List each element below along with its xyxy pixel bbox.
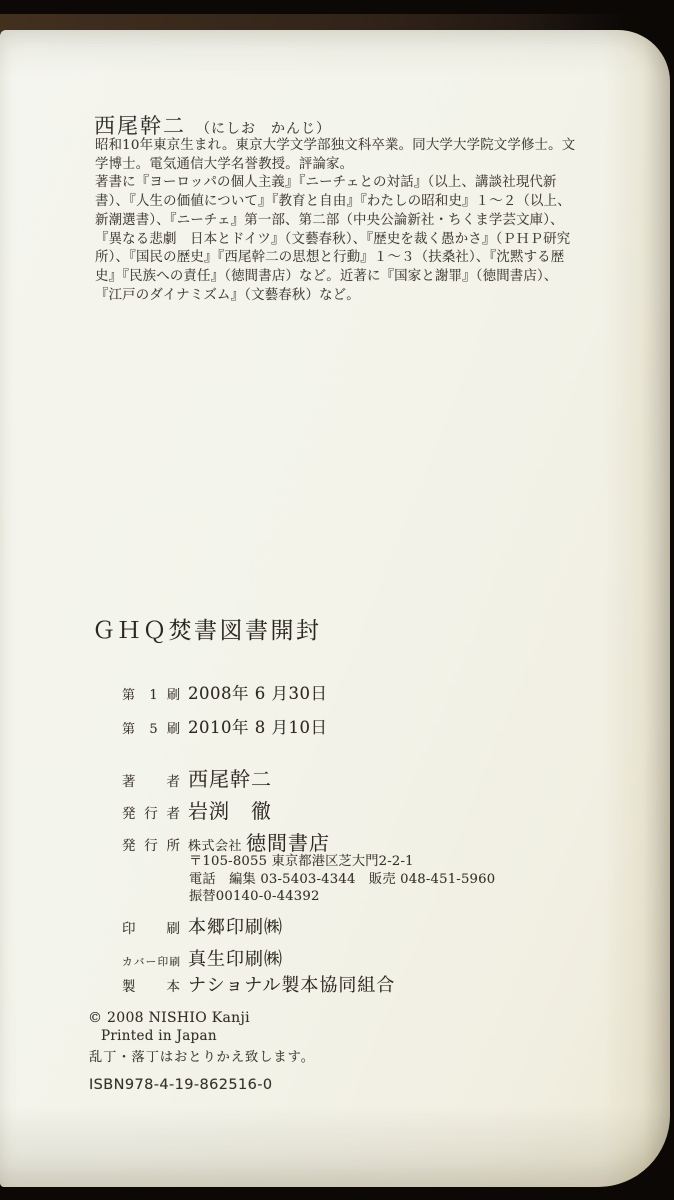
printing-history: 第 1 刷 2008年 6 月30日 第 5 刷 2010年 8 月10日 xyxy=(122,680,327,748)
colophon-page: 西尾幹二 （にしお かんじ） 昭和10年東京生まれ。東京大学文学部独文科卒業。同… xyxy=(0,30,670,1187)
author-bio-line: 『異なる悲劇 日本とドイツ』（文藝春秋）、『歴史を裁く愚かさ』（ＰＨＰ研究 xyxy=(95,231,575,250)
production-row-binder: 製本 ナショナル製本協同組合 xyxy=(122,971,395,997)
production-label: カバー印刷 xyxy=(122,954,180,969)
book-photo: 西尾幹二 （にしお かんじ） 昭和10年東京生まれ。東京大学文学部独文科卒業。同… xyxy=(0,0,674,1200)
author-name: 西尾幹二 xyxy=(94,110,186,140)
printing-row: 第 1 刷 2008年 6 月30日 xyxy=(122,680,327,704)
production-value-printer: 本郷印刷㈱ xyxy=(188,913,283,939)
publisher-postal-transfer-line: 振替00140-0-44392 xyxy=(189,888,495,906)
author-bio-line: 史』『民族への責任』（徳間書店）など。近著に『国家と謝罪』（徳間書店）、 xyxy=(95,268,575,287)
credit-value-publisher: 株式会社徳間書店 xyxy=(188,827,330,856)
printing-label: 第 1 刷 xyxy=(122,684,180,703)
copyright-line: © 2008 NISHIO Kanji xyxy=(88,1010,250,1026)
printing-date: 2010年 8 月10日 xyxy=(188,714,327,738)
credit-label: 著者 xyxy=(122,770,180,790)
printing-label: 第 5 刷 xyxy=(122,718,180,737)
publisher-company-prefix: 株式会社 xyxy=(188,839,242,854)
production-value-binder: ナショナル製本協同組合 xyxy=(188,971,395,997)
production-label: 製本 xyxy=(122,975,180,995)
book-title: ＧＨＱ焚書図書開封 xyxy=(92,612,322,645)
author-bio-line: 『江戸のダイナミズム』（文藝春秋）など。 xyxy=(95,287,575,306)
author-name-row: 西尾幹二 （にしお かんじ） xyxy=(94,110,331,140)
isbn: ISBN978-4-19-862516-0 xyxy=(89,1077,273,1093)
author-bio-line: 学博士。電気通信大学名誉教授。評論家。 xyxy=(95,156,575,175)
production-label: 印刷 xyxy=(122,917,180,937)
printing-row: 第 5 刷 2010年 8 月10日 xyxy=(122,714,327,738)
author-bio-line: 著書に『ヨーロッパの個人主義』『ニーチェとの対話』（以上、講談社現代新 xyxy=(95,174,575,193)
credit-row-author: 著者 西尾幹二 xyxy=(122,763,272,792)
credit-label: 発行所 xyxy=(122,834,180,854)
author-bio-line: 新潮選書）、『ニーチェ』第一部、第二部（中央公論新社・ちくま学芸文庫）、 xyxy=(95,212,575,231)
credit-label: 発行者 xyxy=(122,802,180,822)
printed-in-japan: Printed in Japan xyxy=(101,1028,217,1044)
author-name-reading: （にしお かんじ） xyxy=(196,118,331,138)
credit-value-author: 西尾幹二 xyxy=(188,763,272,792)
credit-value-publisher-person: 岩渕 徹 xyxy=(188,795,272,824)
credit-row-publisher-person: 発行者 岩渕 徹 xyxy=(122,795,272,824)
credit-row-publisher: 発行所 株式会社徳間書店 xyxy=(122,827,330,856)
printing-date: 2008年 6 月30日 xyxy=(188,680,327,704)
publisher-address: 〒105-8055 東京都港区芝大門2-2-1 電話 編集 03-5403-43… xyxy=(189,853,495,906)
publisher-address-line: 〒105-8055 東京都港区芝大門2-2-1 xyxy=(189,853,495,871)
author-bio: 昭和10年東京生まれ。東京大学文学部独文科卒業。同大学大学院文学修士。文 学博士… xyxy=(95,137,575,305)
author-bio-line: 昭和10年東京生まれ。東京大学文学部独文科卒業。同大学大学院文学修士。文 xyxy=(95,137,575,156)
return-notice: 乱丁・落丁はおとりかえ致します。 xyxy=(89,1046,315,1065)
publisher-company-name: 徳間書店 xyxy=(246,831,330,855)
author-bio-line: 書）、『人生の価値について』『教育と自由』『わたしの昭和史』１～２（以上、 xyxy=(95,193,575,212)
author-bio-line: 所）、『国民の歴史』『西尾幹二の思想と行動』１～３（扶桑社）、『沈黙する歴 xyxy=(95,249,575,268)
production-row-printer: 印刷 本郷印刷㈱ xyxy=(122,913,283,939)
production-value-cover-printer: 真生印刷㈱ xyxy=(188,945,283,971)
publisher-phone-line: 電話 編集 03-5403-4344 販売 048-451-5960 xyxy=(189,871,495,889)
production-row-cover-printer: カバー印刷 真生印刷㈱ xyxy=(122,945,283,971)
